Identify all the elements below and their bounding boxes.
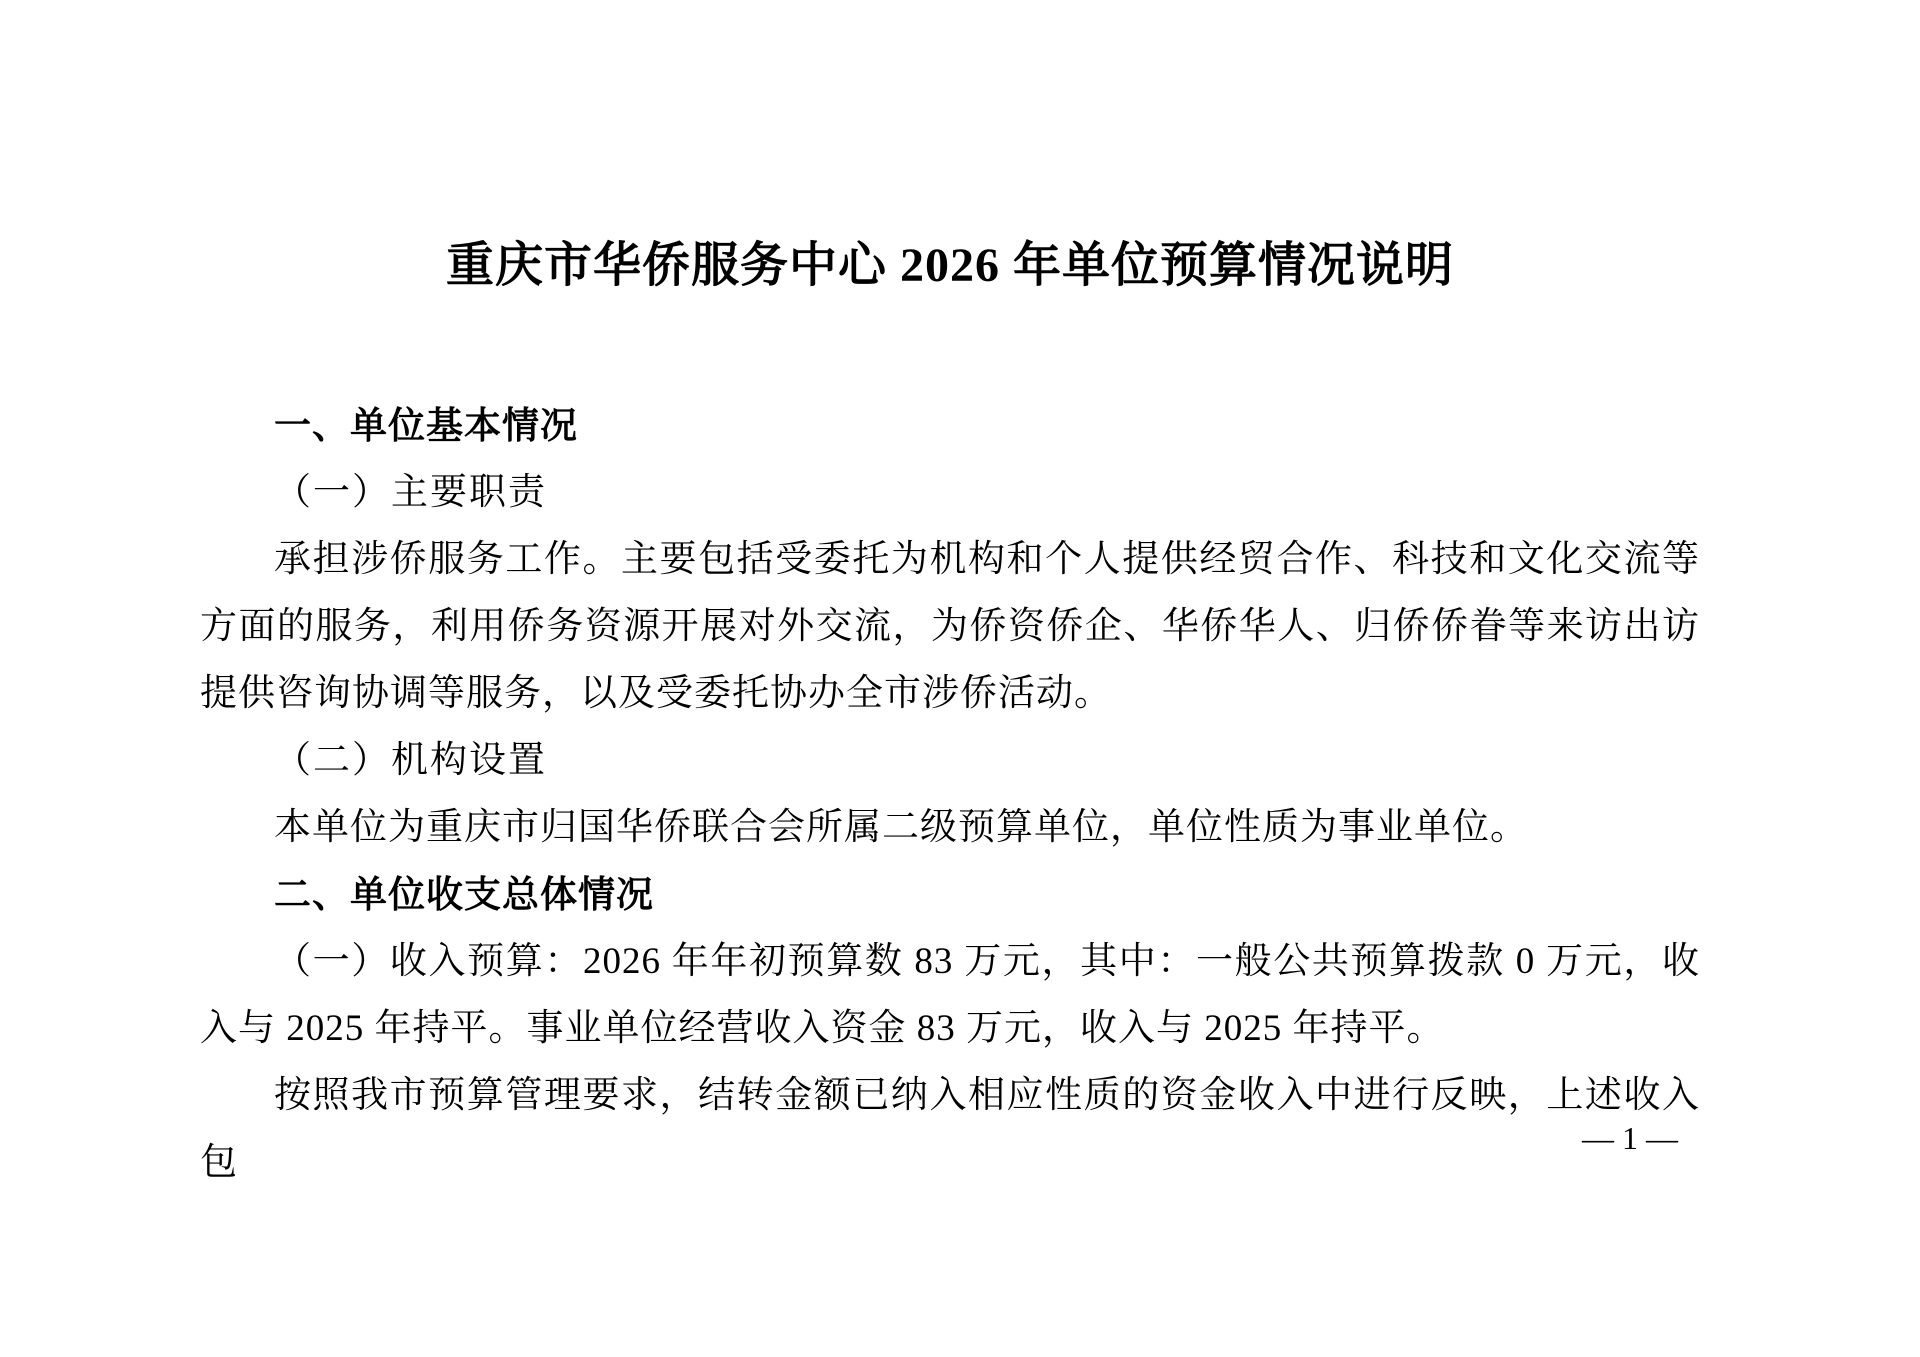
page-number: — 1 — [200,1118,1678,1158]
document-title: 重庆市华侨服务中心 2026 年单位预算情况说明 [200,230,1700,302]
section-heading-2: 二、单位收支总体情况 [200,861,1700,928]
document-body: 重庆市华侨服务中心 2026 年单位预算情况说明 一、单位基本情况 （一）主要职… [200,230,1700,1196]
document-page: 重庆市华侨服务中心 2026 年单位预算情况说明 一、单位基本情况 （一）主要职… [0,0,1920,1357]
body-paragraph-income-budget: （一）收入预算：2026 年年初预算数 83 万元，其中：一般公共预算拨款 0 … [200,928,1700,1062]
subsection-heading-main-duties: （一）主要职责 [200,459,1700,526]
subsection-heading-org-structure: （二）机构设置 [200,727,1700,794]
body-paragraph-org-structure: 本单位为重庆市归国华侨联合会所属二级预算单位，单位性质为事业单位。 [200,794,1700,861]
section-heading-1: 一、单位基本情况 [200,392,1700,459]
body-paragraph-duties: 承担涉侨服务工作。主要包括受委托为机构和个人提供经贸合作、科技和文化交流等方面的… [200,526,1700,727]
